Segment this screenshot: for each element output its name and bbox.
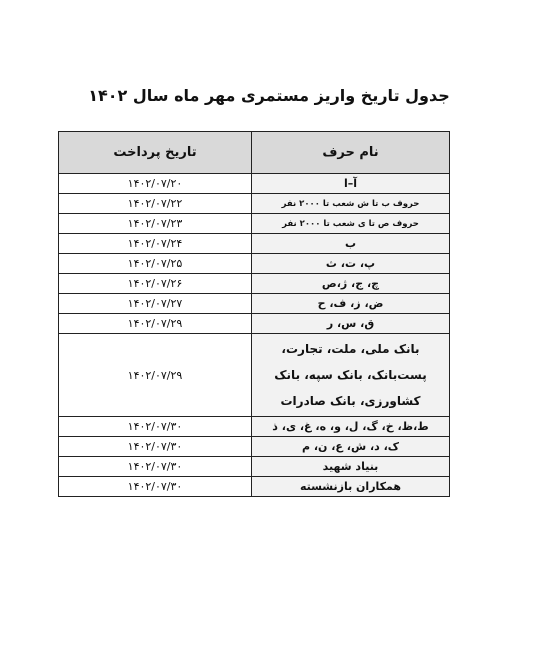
row-name: حروف ص تا ی شعب تا ۲۰۰۰ نفر xyxy=(252,214,450,234)
table-row: حروف ص تا ی شعب تا ۲۰۰۰ نفر۱۴۰۲/۰۷/۲۳ xyxy=(59,214,450,234)
row-date: ۱۴۰۲/۰۷/۳۰ xyxy=(59,477,252,497)
row-date: ۱۴۰۲/۰۷/۲۷ xyxy=(59,294,252,314)
table-row: ب۱۴۰۲/۰۷/۲۴ xyxy=(59,234,450,254)
row-name: بنیاد شهید xyxy=(252,457,450,477)
table-row: بانک ملی، ملت، تجارت، پست‌بانک، بانک سپه… xyxy=(59,334,450,417)
table-row: ق، س، ر۱۴۰۲/۰۷/۲۹ xyxy=(59,314,450,334)
table-row: ک، د، ش، ع، ن، م۱۴۰۲/۰۷/۳۰ xyxy=(59,437,450,457)
row-date: ۱۴۰۲/۰۷/۳۰ xyxy=(59,417,252,437)
row-name: آ–ا xyxy=(252,174,450,194)
row-name: ب xyxy=(252,234,450,254)
table-row: ض، ز، ف، ح۱۴۰۲/۰۷/۲۷ xyxy=(59,294,450,314)
row-name: بانک ملی، ملت، تجارت، پست‌بانک، بانک سپه… xyxy=(252,334,450,417)
table-row: چ، ج، ژ،ص۱۴۰۲/۰۷/۲۶ xyxy=(59,274,450,294)
header-date: تاریخ پرداخت xyxy=(59,132,252,174)
row-name: پ، ت، ث xyxy=(252,254,450,274)
table-row: بنیاد شهید۱۴۰۲/۰۷/۳۰ xyxy=(59,457,450,477)
table-row: حروف ب تا ش شعب تا ۲۰۰۰ نفر۱۴۰۲/۰۷/۲۲ xyxy=(59,194,450,214)
page-title: جدول تاریخ واریز مستمری مهر ماه سال ۱۴۰۲ xyxy=(0,86,538,105)
row-name: حروف ب تا ش شعب تا ۲۰۰۰ نفر xyxy=(252,194,450,214)
table-row: همکاران بازنشسته۱۴۰۲/۰۷/۳۰ xyxy=(59,477,450,497)
payment-schedule-table: نام حرف تاریخ پرداخت آ–ا۱۴۰۲/۰۷/۲۰ حروف … xyxy=(58,131,450,497)
row-date: ۱۴۰۲/۰۷/۲۹ xyxy=(59,314,252,334)
row-name: همکاران بازنشسته xyxy=(252,477,450,497)
row-date: ۱۴۰۲/۰۷/۲۲ xyxy=(59,194,252,214)
row-name: ق، س، ر xyxy=(252,314,450,334)
row-date: ۱۴۰۲/۰۷/۳۰ xyxy=(59,437,252,457)
row-name: ض، ز، ف، ح xyxy=(252,294,450,314)
header-name: نام حرف xyxy=(252,132,450,174)
table-row: پ، ت، ث۱۴۰۲/۰۷/۲۵ xyxy=(59,254,450,274)
table-header-row: نام حرف تاریخ پرداخت xyxy=(59,132,450,174)
table-row: ط،ظ، خ، گ، ل، و، ه، غ، ی، ذ۱۴۰۲/۰۷/۳۰ xyxy=(59,417,450,437)
row-date: ۱۴۰۲/۰۷/۲۵ xyxy=(59,254,252,274)
row-name: چ، ج، ژ،ص xyxy=(252,274,450,294)
row-date: ۱۴۰۲/۰۷/۲۴ xyxy=(59,234,252,254)
row-date: ۱۴۰۲/۰۷/۲۹ xyxy=(59,334,252,417)
row-name: ط،ظ، خ، گ، ل، و، ه، غ، ی، ذ xyxy=(252,417,450,437)
row-date: ۱۴۰۲/۰۷/۳۰ xyxy=(59,457,252,477)
row-date: ۱۴۰۲/۰۷/۲۶ xyxy=(59,274,252,294)
row-date: ۱۴۰۲/۰۷/۲۰ xyxy=(59,174,252,194)
row-date: ۱۴۰۲/۰۷/۲۳ xyxy=(59,214,252,234)
row-name: ک، د، ش، ع، ن، م xyxy=(252,437,450,457)
table-row: آ–ا۱۴۰۲/۰۷/۲۰ xyxy=(59,174,450,194)
